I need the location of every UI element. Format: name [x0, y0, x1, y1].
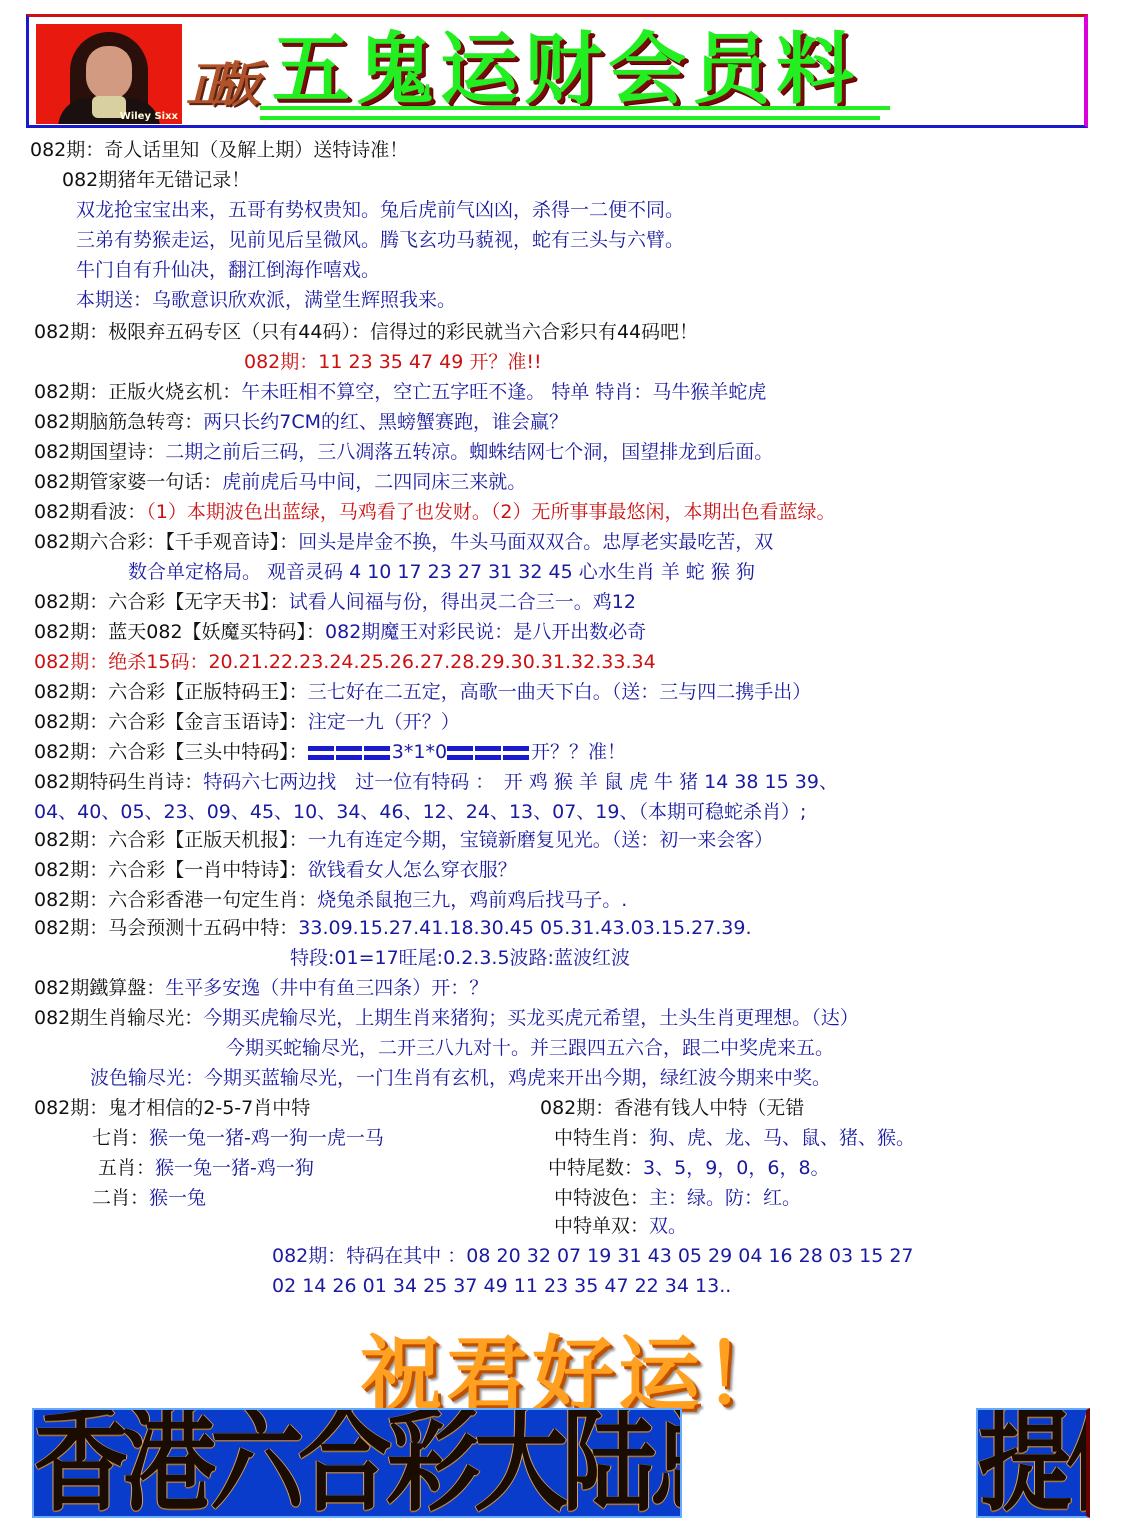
value: 20.21.22.23.24.25.26.27.28.29.30.31.32.3…	[208, 651, 655, 673]
value: 一九有连定今期，宝镜新磨复见光。（送：初一来会客）	[308, 829, 774, 851]
section-44-numbers: 082期：11 23 35 47 49 开？准!!	[244, 350, 542, 374]
label: 082期六合彩：【千手观音诗】：	[34, 531, 298, 553]
value: 082期魔王对彩民说：是八开出数必奇	[325, 621, 646, 643]
value: 双。	[649, 1215, 687, 1237]
label: 082期：六合彩【正版天机报】：	[34, 829, 308, 851]
value: 生平多安逸（井中有鱼三四条）开：？	[165, 977, 488, 999]
value: 注定一九（开？）	[308, 711, 460, 733]
section-hk-sentence: 082期：六合彩香港一句定生肖：烧兔杀鼠抱三九，鸡前鸡后找马子。.	[34, 888, 627, 912]
value: 今期买蓝输尽光，一门生肖有玄机，鸡虎来开出今期，绿红波今期来中奖。	[204, 1067, 831, 1089]
value: 特码六七两边找 过一位有特码 ： 开 鸡 猴 羊 鼠 虎 牛 猪 14 38 1…	[203, 771, 838, 793]
value: 猴一兔一猪-鸡一狗	[155, 1157, 314, 1179]
section-code-king: 082期：六合彩【正版特码王】：三七好在二五定，高歌一曲天下白。（送：三与四二携…	[34, 680, 811, 704]
value: 回头是岸金不换，牛头马面双双合。忠厚老实最吃苦，双	[298, 531, 773, 553]
section-three-heads: 082期：六合彩【三头中特码】：3*1*0开？？准！	[34, 740, 626, 764]
value: 虎前虎后马中间，二四同床三来就。	[222, 471, 526, 493]
value: 欲钱看女人怎么穿衣服？	[308, 859, 517, 881]
section-riddle: 082期脑筋急转弯：两只长约7CM的红、黑螃蟹赛跑，谁会赢？	[34, 410, 568, 434]
section-housekeeper: 082期管家婆一句话：虎前虎后马中间，二四同床三来就。	[34, 470, 526, 494]
value: （1）本期波色出蓝绿，马鸡看了也发财。（2）无所事事最悠闲，本期出色看蓝绿。	[146, 501, 835, 523]
portrait-photo: Wiley Sixx	[36, 24, 182, 124]
bar-icon	[447, 746, 473, 760]
key: 中特尾数：	[548, 1157, 643, 1179]
label: 082期：六合彩【无字天书】：	[34, 591, 289, 613]
key: 中特波色：	[554, 1187, 649, 1209]
value: 午未旺相不算空，空亡五字旺不逢。 特单 特肖：马牛猴羊蛇虎	[241, 381, 766, 403]
value: 试看人间福与份，得出灵二合三一。鸡12	[289, 591, 636, 613]
suffix: 开？？准！	[531, 741, 626, 763]
banner-text: 香港六合彩大陆总代理	[34, 1408, 680, 1518]
section-zodiac-numbers: 04、40、05、23、09、45、10、34、46、12、24、13、07、1…	[34, 800, 806, 824]
section-kill-15: 082期：绝杀15码：20.21.22.23.24.25.26.27.28.29…	[34, 650, 656, 674]
label: 特段:01=17旺尾:0.2.3.5波路:	[290, 947, 554, 969]
section-wave: 082期看波：（1）本期波色出蓝绿，马鸡看了也发财。（2）无所事事最悠闲，本期出…	[34, 500, 835, 524]
bar-icon	[308, 746, 334, 760]
label: 082期：六合彩【三头中特码】：	[34, 741, 308, 763]
label: 082期：绝杀15码：	[34, 651, 208, 673]
section-guanyin-poem: 082期六合彩：【千手观音诗】：回头是岸金不换，牛头马面双双合。忠厚老实最吃苦，…	[34, 530, 773, 554]
section-zodiac-lose: 082期生肖输尽光：今期买虎输尽光，上期生肖来猪狗；买龙买虎元希望，土头生肖更理…	[34, 1006, 859, 1030]
section-zodiac-poem: 082期特码生肖诗：特码六七两边找 过一位有特码 ： 开 鸡 猴 羊 鼠 虎 牛…	[34, 770, 838, 794]
section-fire-mystery: 082期：正版火烧玄机：午未旺相不算空，空亡五字旺不逢。 特单 特肖：马牛猴羊蛇…	[34, 380, 766, 404]
rich-row: 中特单双：双。	[554, 1214, 687, 1238]
label: 082期脑筋急转弯：	[34, 411, 203, 433]
label: 082期：六合彩【一肖中特诗】：	[34, 859, 308, 881]
edition-logo: 正版	[186, 48, 250, 122]
zodiac-row: 五肖：猴一兔一猪-鸡一狗	[98, 1156, 314, 1180]
title-underline-2	[260, 116, 880, 120]
portrait-face	[86, 46, 132, 100]
section-44-codes: 082期：极限弃五码专区（只有44码）：信得过的彩民就当六合彩只有44码吧！	[34, 320, 698, 344]
rich-row: 中特生肖：狗、虎、龙、马、鼠、猪、猴。	[554, 1126, 915, 1150]
key: 中特单双：	[554, 1215, 649, 1237]
value: 今期买虎输尽光，上期生肖来猪狗；买龙买虎元希望，土头生肖更理想。（达）	[203, 1007, 859, 1029]
value: 三七好在二五定，高歌一曲天下白。（送：三与四二携手出）	[308, 681, 812, 703]
special-code-line-1: 082期：特码在其中 ：08 20 32 07 19 31 43 05 29 0…	[272, 1244, 914, 1268]
bar-icon	[503, 746, 529, 760]
rich-row: 中特波色：主：绿。防：红。	[554, 1186, 801, 1210]
banner-text: 提供	[978, 1408, 1086, 1518]
zodiac-row: 七肖：猴一兔一猪-鸡一狗一虎一马	[92, 1126, 384, 1150]
value: 33.09.15.27.41.18.30.45 05.31.43.03.15.2…	[298, 917, 751, 939]
rich-row: 中特尾数：3、5，9，0，6，8。	[548, 1156, 830, 1180]
bar-icon	[336, 746, 362, 760]
bar-icon	[364, 746, 390, 760]
value: 3*1*0	[392, 741, 447, 763]
title-underline	[260, 106, 890, 110]
section-wave-lose: 波色输尽光：今期买蓝输尽光，一门生肖有玄机，鸡虎来开出今期，绿红波今期来中奖。	[90, 1066, 831, 1090]
section-guanyin-numbers: 数合单定格局。 观音灵码 4 10 17 23 27 31 32 45 心水生肖…	[128, 560, 755, 584]
section-guowang-poem: 082期国望诗：二期之前后三码，三八凋落五转凉。蜘蛛结网七个洞，国望排龙到后面。	[34, 440, 773, 464]
section-poem-title: 082期：奇人话里知（及解上期）送特诗准！	[30, 138, 408, 162]
photo-signature: Wiley Sixx	[120, 111, 178, 122]
section-one-zodiac: 082期：六合彩【一肖中特诗】：欲钱看女人怎么穿衣服？	[34, 858, 517, 882]
key: 二肖：	[92, 1187, 149, 1209]
agent-banner-left: 香港六合彩大陆总代理	[32, 1408, 682, 1518]
bar-icon	[475, 746, 501, 760]
label: 082期看波：	[34, 501, 146, 523]
label: 082期：马会预测十五码中特：	[34, 917, 298, 939]
label: 082期鐵算盤：	[34, 977, 165, 999]
section-wordless-book: 082期：六合彩【无字天书】：试看人间福与份，得出灵二合三一。鸡12	[34, 590, 636, 614]
poem-line: 三弟有势猴走运，见前见后呈微风。腾飞玄功马藐视，蛇有三头与六臂。	[76, 228, 684, 252]
label: 082期生肖输尽光：	[34, 1007, 203, 1029]
label: 波色输尽光：	[90, 1067, 204, 1089]
label: 082期：六合彩【正版特码王】：	[34, 681, 308, 703]
special-code-line-2: 02 14 26 01 34 25 37 49 11 23 35 47 22 3…	[272, 1274, 731, 1298]
value: 猴一兔	[149, 1187, 206, 1209]
section-demon-buy: 082期：蓝天082【妖魔买特码】：082期魔王对彩民说：是八开出数必奇	[34, 620, 646, 644]
section-golden-words: 082期：六合彩【金言玉语诗】：注定一九（开？）	[34, 710, 460, 734]
value: 蓝波红波	[554, 947, 630, 969]
value: 主：绿。防：红。	[649, 1187, 801, 1209]
key: 中特生肖：	[554, 1127, 649, 1149]
label: 082期：正版火烧玄机：	[34, 381, 241, 403]
label: 082期管家婆一句话：	[34, 471, 222, 493]
poem-line: 牛门自有升仙决，翻江倒海作嘻戏。	[76, 258, 380, 282]
value: 烧兔杀鼠抱三九，鸡前鸡后找马子。.	[317, 889, 627, 911]
section-zodiac-lose-2: 今期买蛇输尽光，二开三八九对十。并三跟四五六合，跟二中奖虎来五。	[226, 1036, 834, 1060]
section-tianji: 082期：六合彩【正版天机报】：一九有连定今期，宝镜新磨复见光。（送：初一来会客…	[34, 828, 773, 852]
label: 082期：六合彩【金言玉语诗】：	[34, 711, 308, 733]
value: 3、5，9，0，6，8。	[643, 1157, 830, 1179]
poem-line: 双龙抢宝宝出来，五哥有势权贵知。兔后虎前气凶凶，杀得一二便不同。	[76, 198, 684, 222]
section-jockey-extra: 特段:01=17旺尾:0.2.3.5波路:蓝波红波	[290, 946, 630, 970]
key: 五肖：	[98, 1157, 155, 1179]
zodiac-row: 二肖：猴一兔	[92, 1186, 206, 1210]
agent-banner-right: 提供	[976, 1408, 1090, 1518]
key: 七肖：	[92, 1127, 149, 1149]
value: 狗、虎、龙、马、鼠、猪、猴。	[649, 1127, 915, 1149]
label: 082期国望诗：	[34, 441, 165, 463]
label: 082期：六合彩香港一句定生肖：	[34, 889, 317, 911]
label: 082期特码生肖诗：	[34, 771, 203, 793]
value: 猴一兔一猪-鸡一狗一虎一马	[149, 1127, 384, 1149]
value: 两只长约7CM的红、黑螃蟹赛跑，谁会赢？	[203, 411, 568, 433]
section-jockey-15: 082期：马会预测十五码中特：33.09.15.27.41.18.30.45 0…	[34, 916, 752, 940]
section-hk-rich: 082期：香港有钱人中特（无错	[540, 1096, 804, 1120]
section-257-zodiac: 082期：鬼才相信的2-5-7肖中特	[34, 1096, 310, 1120]
value: 二期之前后三码，三八凋落五转凉。蜘蛛结网七个洞，国望排龙到后面。	[165, 441, 773, 463]
label: 082期：蓝天082【妖魔买特码】：	[34, 621, 325, 643]
section-abacus: 082期鐵算盤：生平多安逸（井中有鱼三四条）开：？	[34, 976, 488, 1000]
page-title: 五鬼运财会员料	[272, 20, 860, 120]
poem-line: 本期送：乌歌意识欣欢派，满堂生辉照我来。	[76, 288, 456, 312]
section-record-title: 082期猪年无错记录！	[62, 168, 250, 192]
